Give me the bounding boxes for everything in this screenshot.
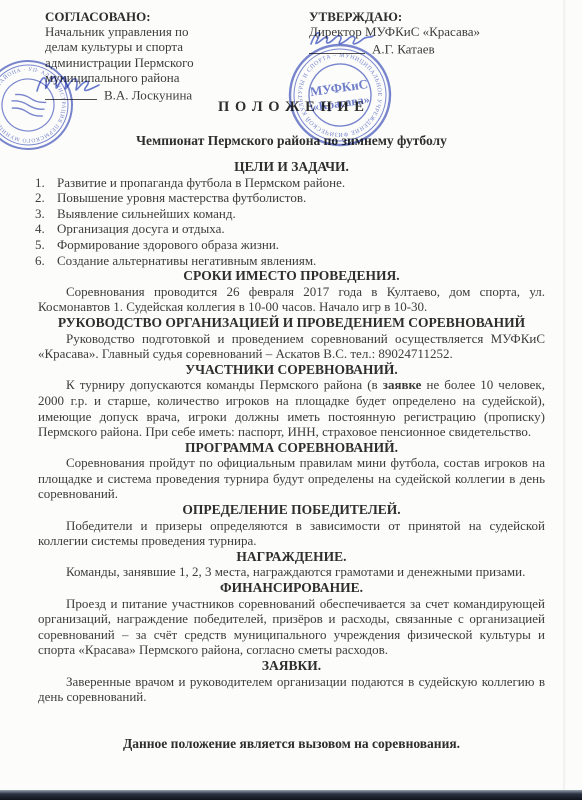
goal-item: 1.Развитие и пропаганда футбола в Пермск… [38,175,545,191]
section-8: ФИНАНСИРОВАНИЕ.Проезд и питание участник… [38,580,545,658]
section-3: РУКОВОДСТВО ОРГАНИЗАЦИЕЙ И ПРОВЕДЕНИЕМ С… [38,315,545,362]
goal-number: 2. [35,190,57,206]
section-paragraph: Соревнования проводится 26 февраля 2017 … [38,284,545,315]
text-run: Победители и призеры определяются в зави… [38,518,545,549]
scanned-document-page: СОГЛАСОВАНО: Начальник управления по дел… [0,0,582,800]
text-run: К турниру допускаются команды Пермского … [66,377,383,392]
footer-note: Данное положение является вызовом на сор… [38,736,545,752]
section-7: НАГРАЖДЕНИЕ.Команды, занявшие 1, 2, 3 ме… [38,549,545,580]
goal-text: Выявление сильнейших команд. [57,206,545,222]
section-6: ОПРЕДЕЛЕНИЕ ПОБЕДИТЕЛЕЙ.Победители и при… [38,502,545,549]
section-paragraph: Победители и призеры определяются в зави… [38,518,545,549]
scan-crease [563,0,566,790]
goal-number: 1. [35,175,57,191]
section-4: УЧАСТНИКИ СОРЕВНОВАНИЙ.К турниру допуска… [38,362,545,440]
sections: ЦЕЛИ И ЗАДАЧИ.1.Развитие и пропаганда фу… [38,159,545,705]
goal-text: Формирование здорового образа жизни. [57,237,545,253]
section-5: ПРОГРАММА СОРЕВНОВАНИЙ.Соревнования прой… [38,440,545,502]
section-heading: ОПРЕДЕЛЕНИЕ ПОБЕДИТЕЛЕЙ. [38,502,545,518]
approval-left-line: Начальник управления по [45,24,245,39]
signature-loskunina [33,69,107,99]
goal-item: 2.Повышение уровня мастерства футболисто… [38,190,545,206]
section-heading: СРОКИ ИМЕСТО ПРОВЕДЕНИЯ. [38,268,545,284]
goal-number: 6. [35,253,57,269]
text-run: Соревнования пройдут по официальным прав… [38,455,545,501]
text-run: Соревнования проводится 26 февраля 2017 … [38,284,545,315]
section-2: СРОКИ ИМЕСТО ПРОВЕДЕНИЯ.Соревнования про… [38,268,545,315]
bold-text-run: заявке [383,377,422,392]
goals-list: 1.Развитие и пропаганда футбола в Пермск… [38,175,545,269]
approved-label: УТВЕРЖДАЮ: [309,9,529,24]
goal-item: 3.Выявление сильнейших команд. [38,206,545,222]
goal-text: Создание альтернативы негативным явления… [57,253,545,269]
text-run: Команды, занявшие 1, 2, 3 места, награжд… [66,564,525,579]
section-paragraph: Руководство подготовкой и проведением со… [38,331,545,362]
section-1: ЦЕЛИ И ЗАДАЧИ.1.Развитие и пропаганда фу… [38,159,545,268]
goal-number: 5. [35,237,57,253]
goal-text: Развитие и пропаганда футбола в Пермском… [57,175,545,191]
section-paragraph: Соревнования пройдут по официальным прав… [38,455,545,502]
section-paragraph: Проезд и питание участников соревнований… [38,596,545,658]
stamp-emblem-line [11,99,45,110]
section-paragraph: Заверенные врачом и руководителем органи… [38,674,545,705]
text-run: Заверенные врачом и руководителем органи… [38,674,545,705]
goal-number: 4. [35,221,57,237]
approved-label: СОГЛАСОВАНО: [45,9,245,24]
section-heading: УЧАСТНИКИ СОРЕВНОВАНИЙ. [38,362,545,378]
goal-item: 5.Формирование здорового образа жизни. [38,237,545,253]
goal-text: Повышение уровня мастерства футболистов. [57,190,545,206]
scan-edge-bar [0,790,582,800]
goal-number: 3. [35,206,57,222]
section-heading: РУКОВОДСТВО ОРГАНИЗАЦИЕЙ И ПРОВЕДЕНИЕМ С… [38,315,545,331]
document-body: П О Л О Ж Е Н И Е Чемпионат Пермского ра… [38,99,545,752]
signature-kataev [305,26,377,52]
section-paragraph: К турниру допускаются команды Пермского … [38,377,545,439]
goal-item: 4.Организация досуга и отдыха. [38,221,545,237]
section-paragraph: Команды, занявшие 1, 2, 3 места, награжд… [38,564,545,580]
text-run: Проезд и питание участников соревнований… [38,596,545,658]
goal-text: Организация досуга и отдыха. [57,221,545,237]
section-heading: ПРОГРАММА СОРЕВНОВАНИЙ. [38,440,545,456]
section-heading: ЗАЯВКИ. [38,658,545,674]
approval-left-line: делам культуры и спорта [45,39,245,54]
section-heading: ФИНАНСИРОВАНИЕ. [38,580,545,596]
goal-item: 6.Создание альтернативы негативным явлен… [38,253,545,269]
text-run: Руководство подготовкой и проведением со… [38,331,545,362]
section-9: ЗАЯВКИ.Заверенные врачом и руководителем… [38,658,545,705]
section-heading: НАГРАЖДЕНИЕ. [38,549,545,565]
stamp-emblem-line [11,107,43,118]
